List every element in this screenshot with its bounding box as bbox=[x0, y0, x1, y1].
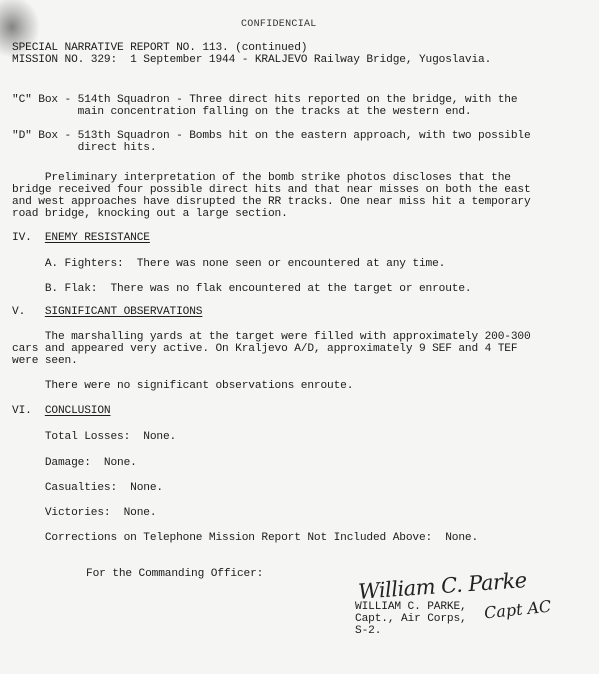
observations-line-2: cars and appeared very active. On Kralje… bbox=[12, 343, 517, 355]
damage-line: Damage: None. bbox=[12, 457, 137, 469]
box-d-line-1: "D" Box - 513th Squadron - Bombs hit on … bbox=[12, 130, 531, 142]
section-iv-heading: IV. ENEMY RESISTANCE bbox=[12, 232, 150, 244]
observations-line-3: were seen. bbox=[12, 355, 78, 367]
section-v-numeral: V. bbox=[12, 306, 45, 318]
section-iv-title: ENEMY RESISTANCE bbox=[45, 232, 150, 244]
casualties-line: Casualties: None. bbox=[12, 482, 163, 494]
document-page: CONFIDENCIAL SPECIAL NARRATIVE REPORT NO… bbox=[0, 0, 599, 674]
signatory-name: WILLIAM C. PARKE, bbox=[355, 601, 467, 613]
victories-line: Victories: None. bbox=[12, 507, 156, 519]
interpretation-line-2: bridge received four possible direct hit… bbox=[12, 184, 531, 196]
interpretation-line-1: Preliminary interpretation of the bomb s… bbox=[12, 172, 511, 184]
signatory-rank: Capt., Air Corps, bbox=[355, 613, 467, 625]
section-v-title: SIGNIFICANT OBSERVATIONS bbox=[45, 306, 203, 318]
total-losses-line: Total Losses: None. bbox=[12, 431, 176, 443]
box-c-line-2: main concentration falling on the tracks… bbox=[12, 106, 471, 118]
section-v-heading: V. SIGNIFICANT OBSERVATIONS bbox=[12, 306, 202, 318]
fighters-line: A. Fighters: There was none seen or enco… bbox=[12, 258, 445, 270]
interpretation-line-3: and west approaches have disrupted the R… bbox=[12, 196, 531, 208]
section-vi-heading: VI. CONCLUSION bbox=[12, 405, 110, 417]
box-c-line-1: "C" Box - 514th Squadron - Three direct … bbox=[12, 94, 517, 106]
corrections-line: Corrections on Telephone Mission Report … bbox=[12, 532, 478, 544]
observations-note: There were no significant observations e… bbox=[12, 380, 353, 392]
handwritten-signature: William C. Parke bbox=[357, 568, 527, 604]
section-vi-numeral: VI. bbox=[12, 405, 45, 417]
section-iv-numeral: IV. bbox=[12, 232, 45, 244]
closing-line: For the Commanding Officer: bbox=[86, 568, 263, 580]
classification-stamp: CONFIDENCIAL bbox=[241, 19, 317, 31]
mission-line: MISSION NO. 329: 1 September 1944 - KRAL… bbox=[12, 54, 491, 66]
box-d-line-2: direct hits. bbox=[12, 142, 156, 154]
handwritten-rank: Capt AC bbox=[483, 597, 552, 623]
report-title: SPECIAL NARRATIVE REPORT NO. 113. (conti… bbox=[12, 42, 307, 54]
interpretation-line-4: road bridge, knocking out a large sectio… bbox=[12, 208, 288, 220]
signatory-office: S-2. bbox=[355, 625, 381, 637]
observations-line-1: The marshalling yards at the target were… bbox=[12, 331, 531, 343]
section-vi-title: CONCLUSION bbox=[45, 405, 111, 417]
flak-line: B. Flak: There was no flak encountered a… bbox=[12, 283, 471, 295]
